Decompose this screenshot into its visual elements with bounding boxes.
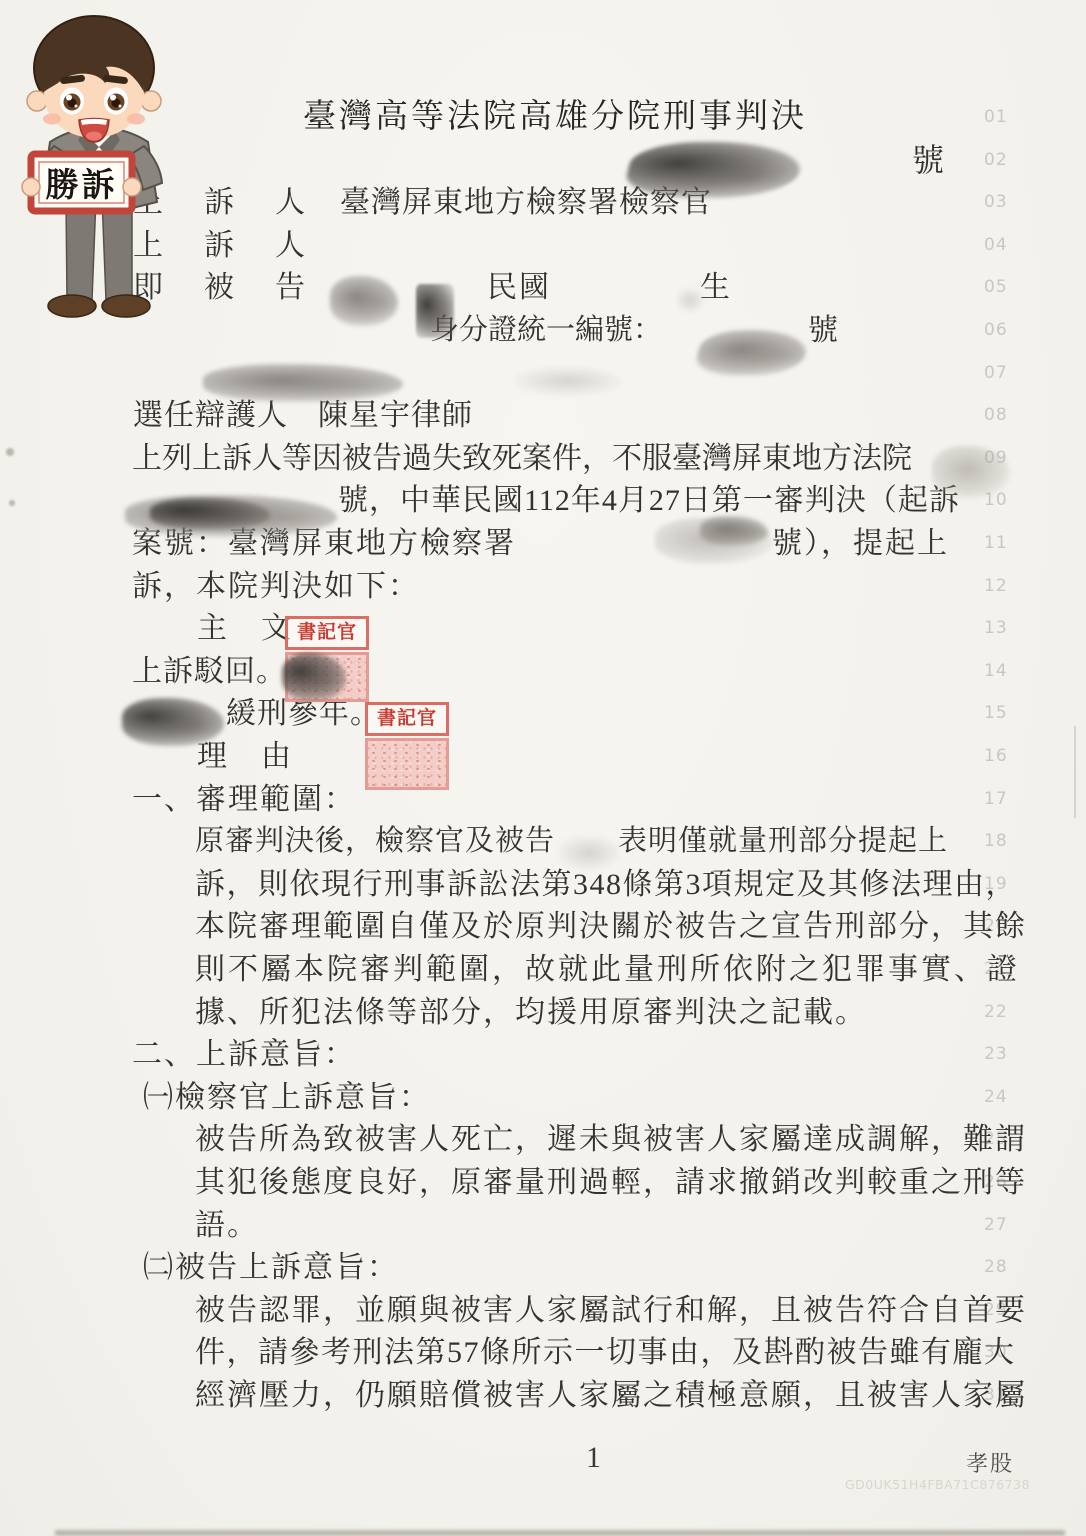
redaction-blur xyxy=(513,366,623,396)
victory-sign: 勝訴 xyxy=(31,154,132,211)
reasons-text: 本院審理範圍自僅及於原判決關於被告之宣告刑部分，其餘 xyxy=(195,905,1027,948)
reasons-text: 表明僅就量刑部分提起上 xyxy=(618,820,948,863)
redaction-blur xyxy=(330,276,398,326)
clerk-stamp: 書記官 xyxy=(285,616,369,702)
judgment-scan-page: 0102030405060708091011121314151617181920… xyxy=(0,0,1086,1536)
reasons-text: 語。 xyxy=(195,1204,259,1247)
reasons-text: 一、審理範圍： xyxy=(132,778,356,821)
reasons-text: 據、所犯法條等部分，均援用原審判決之記載。 xyxy=(195,991,867,1034)
redaction-blur xyxy=(558,836,620,870)
doc-line-09: 上列上訴人等因被告過失致死案件，不服臺灣屏東地方法院 xyxy=(0,437,1086,480)
doc-line-31: 經濟壓力，仍願賠償被害人家屬之積極意願，且被害人家屬 xyxy=(0,1374,1086,1417)
mascot-eye xyxy=(104,88,128,115)
footer-code: GD0UK51H4FBA71C876738 xyxy=(845,1477,1030,1492)
reasons-text: 被告所為致被害人死亡，遲未與被害人家屬達成調解，難謂 xyxy=(195,1118,1027,1161)
case-number-suffix: 號 xyxy=(912,139,944,182)
reasons-heading: 理由 xyxy=(197,735,325,778)
doc-line-14: 上訴駁回。 xyxy=(0,650,1086,693)
clerk-stamp-label: 書記官 xyxy=(285,616,369,650)
redaction-blur xyxy=(700,516,768,546)
mascot-eye xyxy=(60,88,84,115)
doc-line-13: 主文 xyxy=(0,607,1086,650)
clerk-stamp: 書記官 xyxy=(365,702,449,790)
reasons-text: 則不屬本院審判範圍，故就此量刑所依附之犯罪事實、證 xyxy=(195,948,1020,991)
mascot-shoe xyxy=(48,295,96,317)
doc-line-23: 二、上訴意旨： xyxy=(0,1033,1086,1076)
doc-line-17: 一、審理範圍： xyxy=(0,778,1086,821)
preamble-text: 號，中華民國112年4月27日第一審判決（起訴 xyxy=(338,479,960,522)
doc-line-08: 選任辯護人 陳星宇律師 xyxy=(0,394,1086,437)
redaction-blur xyxy=(416,284,454,338)
doc-line-27: 語。 xyxy=(0,1204,1086,1247)
mascot-head xyxy=(27,16,161,142)
preamble-text: 號），提起上 xyxy=(772,522,949,565)
scan-edge-artifact xyxy=(55,1530,1065,1536)
reasons-text: ㈠檢察官上訴意旨： xyxy=(143,1076,431,1119)
doc-line-26: 其犯後態度良好，原審量刑過輕，請求撤銷改判較重之刑等 xyxy=(0,1161,1086,1204)
mascot-shoe xyxy=(102,295,150,317)
reasons-text: 訴，則依現行刑事訴訟法第348條第3項規定及其修法理由， xyxy=(195,863,1017,906)
preamble-text: 訴，本院判決如下： xyxy=(132,565,420,608)
reasons-text: 二、上訴意旨： xyxy=(132,1033,356,1076)
division-label: 孝股 xyxy=(966,1447,1014,1478)
id-number-suffix: 號 xyxy=(808,309,838,352)
redaction-blur xyxy=(282,653,346,701)
redaction-blur xyxy=(150,498,270,530)
doc-line-29: 被告認罪，並願與被害人家屬試行和解，且被告符合自首要 xyxy=(0,1289,1086,1332)
victory-sign-text: 勝訴 xyxy=(46,167,118,204)
born-text: 生 xyxy=(700,266,730,309)
doc-line-22: 據、所犯法條等部分，均援用原審判決之記載。 xyxy=(0,991,1086,1034)
redaction-blur xyxy=(122,698,224,746)
doc-line-25: 被告所為致被害人死亡，遲未與被害人家屬達成調解，難謂 xyxy=(0,1118,1086,1161)
reasons-text: 被告認罪，並願與被害人家屬試行和解，且被告符合自首要 xyxy=(195,1289,1027,1332)
doc-line-18: 原審判決後，檢察官及被告 表明僅就量刑部分提起上 xyxy=(0,820,1086,863)
doc-line-12: 訴，本院判決如下： xyxy=(0,565,1086,608)
clerk-stamp-signature-redacted xyxy=(365,738,449,790)
doc-line-28: ㈡被告上訴意旨： xyxy=(0,1246,1086,1289)
preamble-text: 上列上訴人等因被告過失致死案件，不服臺灣屏東地方法院 xyxy=(132,437,912,480)
court-title: 臺灣高等法院高雄分院刑事判決 xyxy=(303,96,807,139)
redaction-blur xyxy=(203,364,403,402)
reasons-text: 其犯後態度良好，原審量刑過輕，請求撤銷改判較重之刑等 xyxy=(195,1161,1027,1204)
doc-line-21: 則不屬本院審判範圍，故就此量刑所依附之犯罪事實、證 xyxy=(0,948,1086,991)
reasons-text: 原審判決後，檢察官及被告 xyxy=(195,820,555,863)
redaction-blur xyxy=(932,446,1010,498)
doc-line-19: 訴，則依現行刑事訴訟法第348條第3項規定及其修法理由， xyxy=(0,863,1086,906)
reasons-text: 經濟壓力，仍願賠償被害人家屬之積極意願，且被害人家屬 xyxy=(195,1374,1027,1417)
page-number: 1 xyxy=(586,1441,601,1475)
minguo-text: 民國 xyxy=(487,266,551,309)
victory-mascot: 勝訴 xyxy=(10,6,188,330)
doc-line-20: 本院審理範圍自僅及於原判決關於被告之宣告刑部分，其餘 xyxy=(0,905,1086,948)
reasons-text: 件，請參考刑法第57條所示一切事由，及斟酌被告雖有龐大 xyxy=(195,1331,1016,1374)
reasons-text: ㈡被告上訴意旨： xyxy=(143,1246,399,1289)
clerk-stamp-signature-redacted xyxy=(285,652,369,702)
mascot-hand xyxy=(123,178,141,196)
doc-line-24: ㈠檢察官上訴意旨： xyxy=(0,1076,1086,1119)
redaction-blur xyxy=(676,288,704,312)
main-text-line: 上訴駁回。 xyxy=(132,650,287,693)
mascot-blush xyxy=(127,114,145,125)
clerk-stamp-label: 書記官 xyxy=(365,702,449,736)
mascot-hand xyxy=(22,178,40,196)
id-number-label: 身分證統一編號： xyxy=(430,309,662,352)
mascot-blush xyxy=(43,114,61,125)
doc-line-30: 件，請參考刑法第57條所示一切事由，及斟酌被告雖有龐大 xyxy=(0,1331,1086,1374)
